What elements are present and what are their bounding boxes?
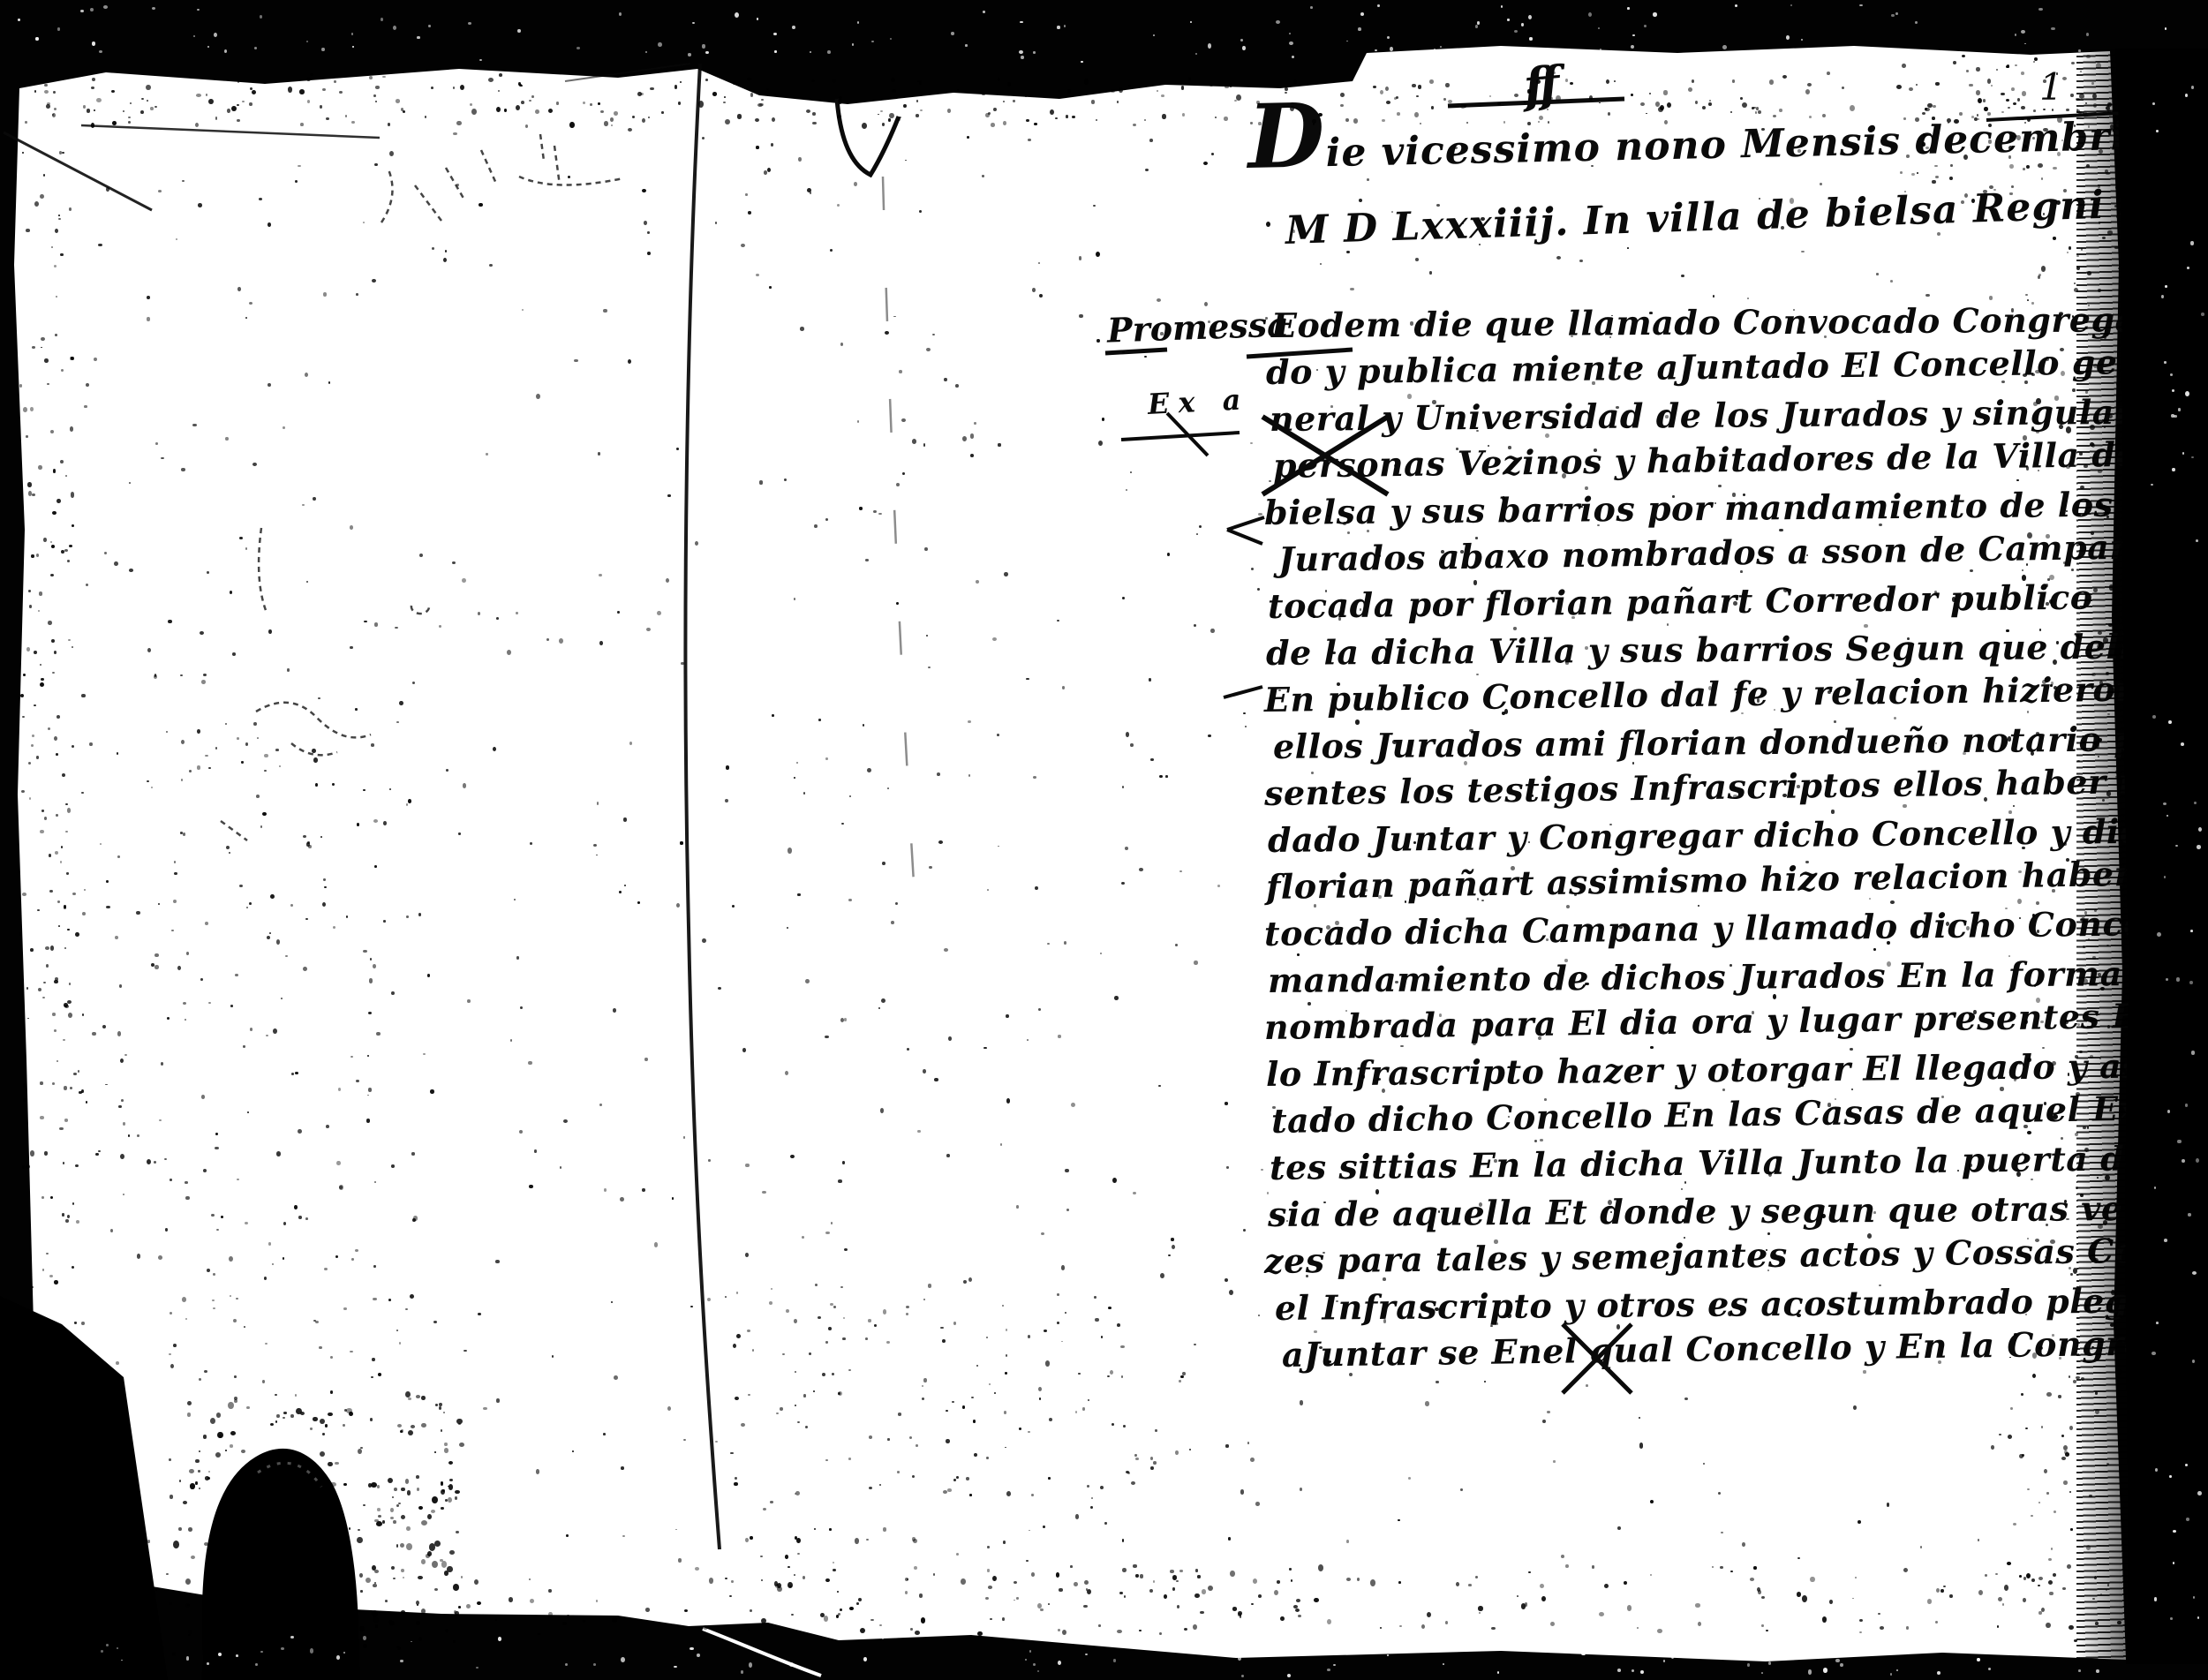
margin-note-promessa: Promessa — [1106, 304, 1289, 350]
manuscript-scan: Die vicessimo nono Mensis decembris Anno… — [0, 0, 2208, 1680]
manuscript-line: En publico Concello dal fe y relacion hi… — [1264, 666, 2139, 723]
right-page-text: Die vicessimo nono Mensis decembris Anno… — [0, 0, 2208, 1680]
heading-line: M D Lxxxiiij. In villa de bielsa Regni A… — [1285, 178, 2208, 253]
manuscript-line: zes para tales y semejantes actos y Coss… — [1264, 1227, 2139, 1284]
manuscript-line: do y publica miente aJuntado El Concello… — [1266, 338, 2139, 396]
body-text-block: Eodem die que llamado Convocado Congrega… — [1264, 302, 2138, 1378]
manuscript-line: tes sittias En la dicha Villa Junto la p… — [1270, 1134, 2139, 1191]
section-mark-ff: ff — [1521, 56, 1556, 115]
heading-line: Die vicessimo nono Mensis decembris Anno — [1247, 111, 2208, 177]
manuscript-line: tocada por florian pañart Corredor publi… — [1268, 573, 2139, 629]
margin-note-ex: Ex a — [1147, 382, 1250, 421]
folio-number: 1 — [2039, 65, 2063, 109]
manuscript-line: tocado dicha Campana y llamado dicho Con… — [1264, 900, 2139, 957]
